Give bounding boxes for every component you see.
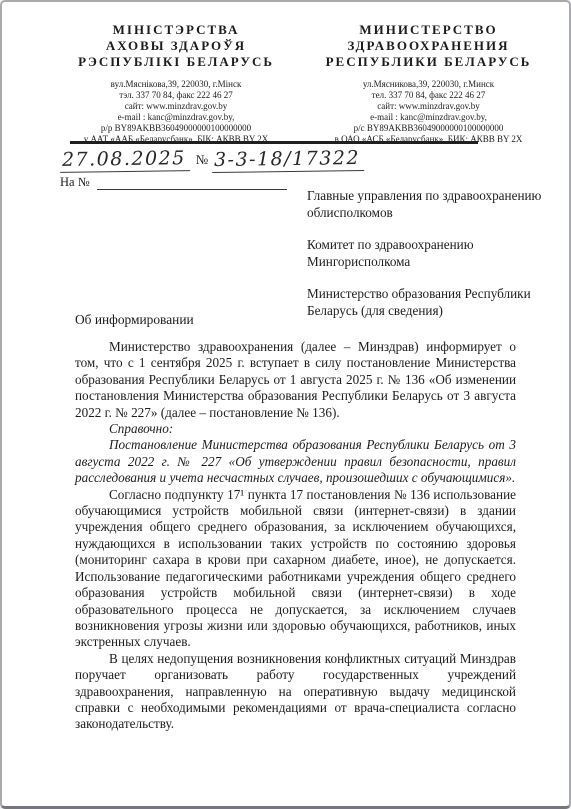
title-line: АХОВЫ ЗДАРОЎЯ (50, 38, 302, 54)
title-line: МИНИСТЕРСТВО (302, 22, 555, 38)
website-line: сайт: www.minzdrav.gov.by (50, 101, 302, 112)
address-line: вул.Мяснікова,39, 220030, г.Мінск (50, 79, 302, 90)
contact-info-belarusian: вул.Мяснікова,39, 220030, г.Мінск тэл. 3… (50, 79, 302, 145)
recipients-block: Главные управления по здравоохранению об… (307, 188, 555, 335)
contact-info-russian: ул.Мясникова,39, 220030, г.Минск тел. 33… (302, 79, 555, 145)
letter-body: Министерство здравоохранения (далее – Ми… (75, 339, 516, 733)
recipient: Министерство образования Республики Бела… (307, 286, 555, 319)
recipient: Главные управления по здравоохранению об… (307, 188, 555, 221)
address-line: ул.Мясникова,39, 220030, г.Минск (302, 79, 555, 90)
header-divider-line (70, 141, 478, 144)
title-line: МІНІСТЭРСТВА (50, 22, 302, 38)
body-paragraph: В целях недопущения возникновения конфли… (75, 651, 516, 733)
email-line: e-mail : kanc@minzdrav.gov.by, (302, 112, 555, 123)
reference-note-label: Справочно: (75, 421, 516, 437)
title-line: РЕСПУБЛИКИ БЕЛАРУСЬ (302, 54, 555, 70)
phone-line: тэл. 337 70 84, факс 222 46 27 (50, 90, 302, 101)
scanned-letter-page: МІНІСТЭРСТВА АХОВЫ ЗДАРОЎЯ РЭСПУБЛІКІ БЕ… (0, 0, 571, 809)
outgoing-reference-row: 27.08.2025 № 3-3-18/17322 (60, 148, 364, 172)
account-line: р/р BY89AKBB36049000000100000000 (50, 123, 302, 134)
body-paragraph: Согласно подпункту 17¹ пункта 17 постано… (75, 487, 516, 651)
handwritten-date: 27.08.2025 (60, 147, 190, 173)
website-line: сайт: www.minzdrav.gov.by (302, 101, 555, 112)
account-line: р/с BY89AKBB36049000000100000000 (302, 123, 555, 134)
ministry-title-belarusian: МІНІСТЭРСТВА АХОВЫ ЗДАРОЎЯ РЭСПУБЛІКІ БЕ… (50, 22, 302, 70)
phone-line: тел. 337 70 84, факс 222 46 27 (302, 90, 555, 101)
reply-label: На № (60, 175, 90, 190)
letterhead-russian: МИНИСТЕРСТВО ЗДРАВООХРАНЕНИЯ РЕСПУБЛИКИ … (302, 22, 555, 145)
title-line: ЗДРАВООХРАНЕНИЯ (302, 38, 555, 54)
title-line: РЭСПУБЛІКІ БЕЛАРУСЬ (50, 54, 302, 70)
reference-note: Постановление Министерства образования Р… (75, 437, 516, 486)
letterhead: МІНІСТЭРСТВА АХОВЫ ЗДАРОЎЯ РЭСПУБЛІКІ БЕ… (50, 22, 555, 145)
subject-line: Об информировании (75, 312, 194, 328)
letterhead-belarusian: МІНІСТЭРСТВА АХОВЫ ЗДАРОЎЯ РЭСПУБЛІКІ БЕ… (50, 22, 302, 145)
handwritten-outgoing-number: 3-3-18/17322 (212, 147, 364, 173)
body-paragraph: Министерство здравоохранения (далее – Ми… (75, 339, 516, 421)
reply-number-blank-line (97, 176, 287, 190)
number-sign: № (190, 152, 212, 172)
recipient: Комитет по здравоохранению Мингорисполко… (307, 237, 555, 270)
reference-block: 27.08.2025 № 3-3-18/17322 На № (60, 148, 364, 190)
email-line: e-mail : kanc@minzdrav.gov.by, (50, 112, 302, 123)
ministry-title-russian: МИНИСТЕРСТВО ЗДРАВООХРАНЕНИЯ РЕСПУБЛИКИ … (302, 22, 555, 70)
